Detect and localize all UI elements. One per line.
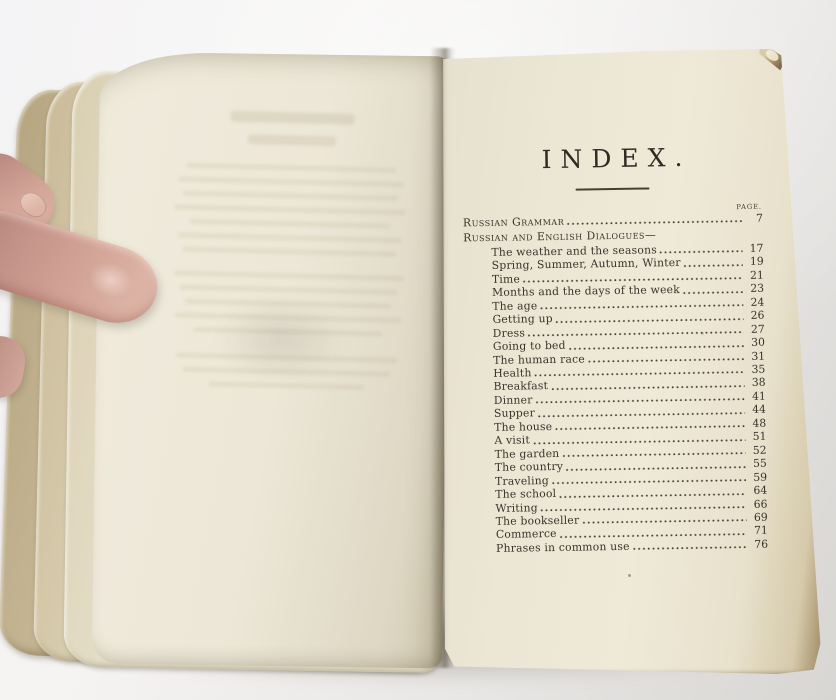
index-page-content: INDEX. PAGE. Russian Grammar 7 Russian a… — [462, 142, 768, 556]
page-title: INDEX. — [462, 142, 762, 176]
index-entry-label: The bookseller — [496, 514, 580, 529]
index-entry-page-number: 52 — [750, 443, 767, 457]
index-entry-label: Phrases in common use — [496, 540, 630, 556]
index-entry-page-number: 69 — [751, 511, 768, 525]
right-index-page: INDEX. PAGE. Russian Grammar 7 Russian a… — [443, 44, 823, 674]
index-entry-page-number: 66 — [750, 497, 767, 511]
index-entry-page-number: 17 — [746, 242, 763, 256]
index-entry-label: Traveling — [495, 474, 549, 488]
index-entry-label: A visit — [494, 434, 530, 448]
index-entry-page-number: 7 — [746, 212, 763, 226]
ghost-text-line — [183, 247, 396, 257]
index-entry-label: The age — [492, 299, 537, 313]
index-entry-label: The house — [494, 420, 552, 434]
index-entry-list: Russian Grammar 7 Russian and English Di… — [463, 212, 768, 556]
index-entry-label: Breakfast — [493, 379, 548, 393]
index-entry-page-number: 35 — [748, 363, 765, 377]
index-entry-page-number: 30 — [748, 336, 765, 350]
index-entry-label: The school — [495, 487, 556, 501]
index-entry-label: Time — [492, 272, 520, 286]
index-entry-page-number: 76 — [751, 537, 768, 551]
dotted-leader — [567, 219, 742, 226]
index-entry-label: The country — [495, 460, 563, 475]
index-entry-page-number: 19 — [747, 255, 764, 269]
ghost-text-line — [248, 134, 336, 146]
index-entry-label: Writing — [495, 501, 538, 515]
index-entry-page-number: 48 — [749, 416, 766, 430]
index-entry-label: Commerce — [496, 527, 557, 541]
index-entry-page-number: 31 — [748, 349, 765, 363]
ghost-text-line — [174, 204, 406, 215]
index-entry-label: Getting up — [492, 312, 553, 326]
index-entry-label: Russian and English Dialogues— — [463, 228, 656, 244]
photo-of-open-book: INDEX. PAGE. Russian Grammar 7 Russian a… — [0, 0, 836, 700]
ghost-text-line — [178, 177, 405, 188]
paper-speck — [628, 574, 631, 577]
worn-page-corner — [759, 47, 790, 70]
index-entry-label: The human race — [493, 352, 585, 367]
ghost-text-line — [178, 233, 402, 243]
index-entry-page-number: 24 — [747, 295, 764, 309]
index-entry-label: Dinner — [494, 393, 533, 407]
index-entry-page-number: 64 — [750, 484, 767, 498]
left-blank-page — [92, 52, 451, 669]
title-rule — [575, 187, 649, 190]
dotted-leader — [633, 545, 747, 551]
ghost-text-line — [179, 285, 398, 295]
dotted-leader — [683, 290, 743, 295]
index-entry-page-number: 23 — [747, 282, 764, 296]
ghost-text-line — [190, 219, 390, 229]
index-entry-page-number: 44 — [749, 403, 766, 417]
ghost-text-line — [230, 111, 354, 125]
ghost-text-line — [183, 191, 399, 201]
index-entry-page-number: 71 — [751, 524, 768, 538]
ghost-text-line — [186, 163, 397, 173]
index-entry-page-number: 51 — [749, 430, 766, 444]
index-entry-label: Dress — [493, 326, 526, 340]
ghost-text-line — [174, 270, 404, 281]
index-entry-label: Health — [493, 366, 531, 380]
index-entry-label: Supper — [494, 407, 535, 421]
index-entry-page-number: 27 — [748, 322, 765, 336]
dotted-leader — [684, 263, 743, 268]
index-entry-page-number: 55 — [750, 457, 767, 471]
index-entry-page-number: 38 — [748, 376, 765, 390]
finger-shadow-on-page — [216, 293, 347, 385]
index-entry-page-number: 26 — [747, 309, 764, 323]
index-entry-page-number: 59 — [750, 470, 767, 484]
index-entry-label: Russian Grammar — [463, 215, 564, 230]
index-entry-page-number: 21 — [747, 268, 764, 282]
index-entry-label: The garden — [495, 447, 560, 461]
dotted-leader — [660, 249, 743, 254]
index-entry-page-number: 41 — [749, 390, 766, 404]
index-entry-label: Going to bed — [493, 339, 566, 354]
